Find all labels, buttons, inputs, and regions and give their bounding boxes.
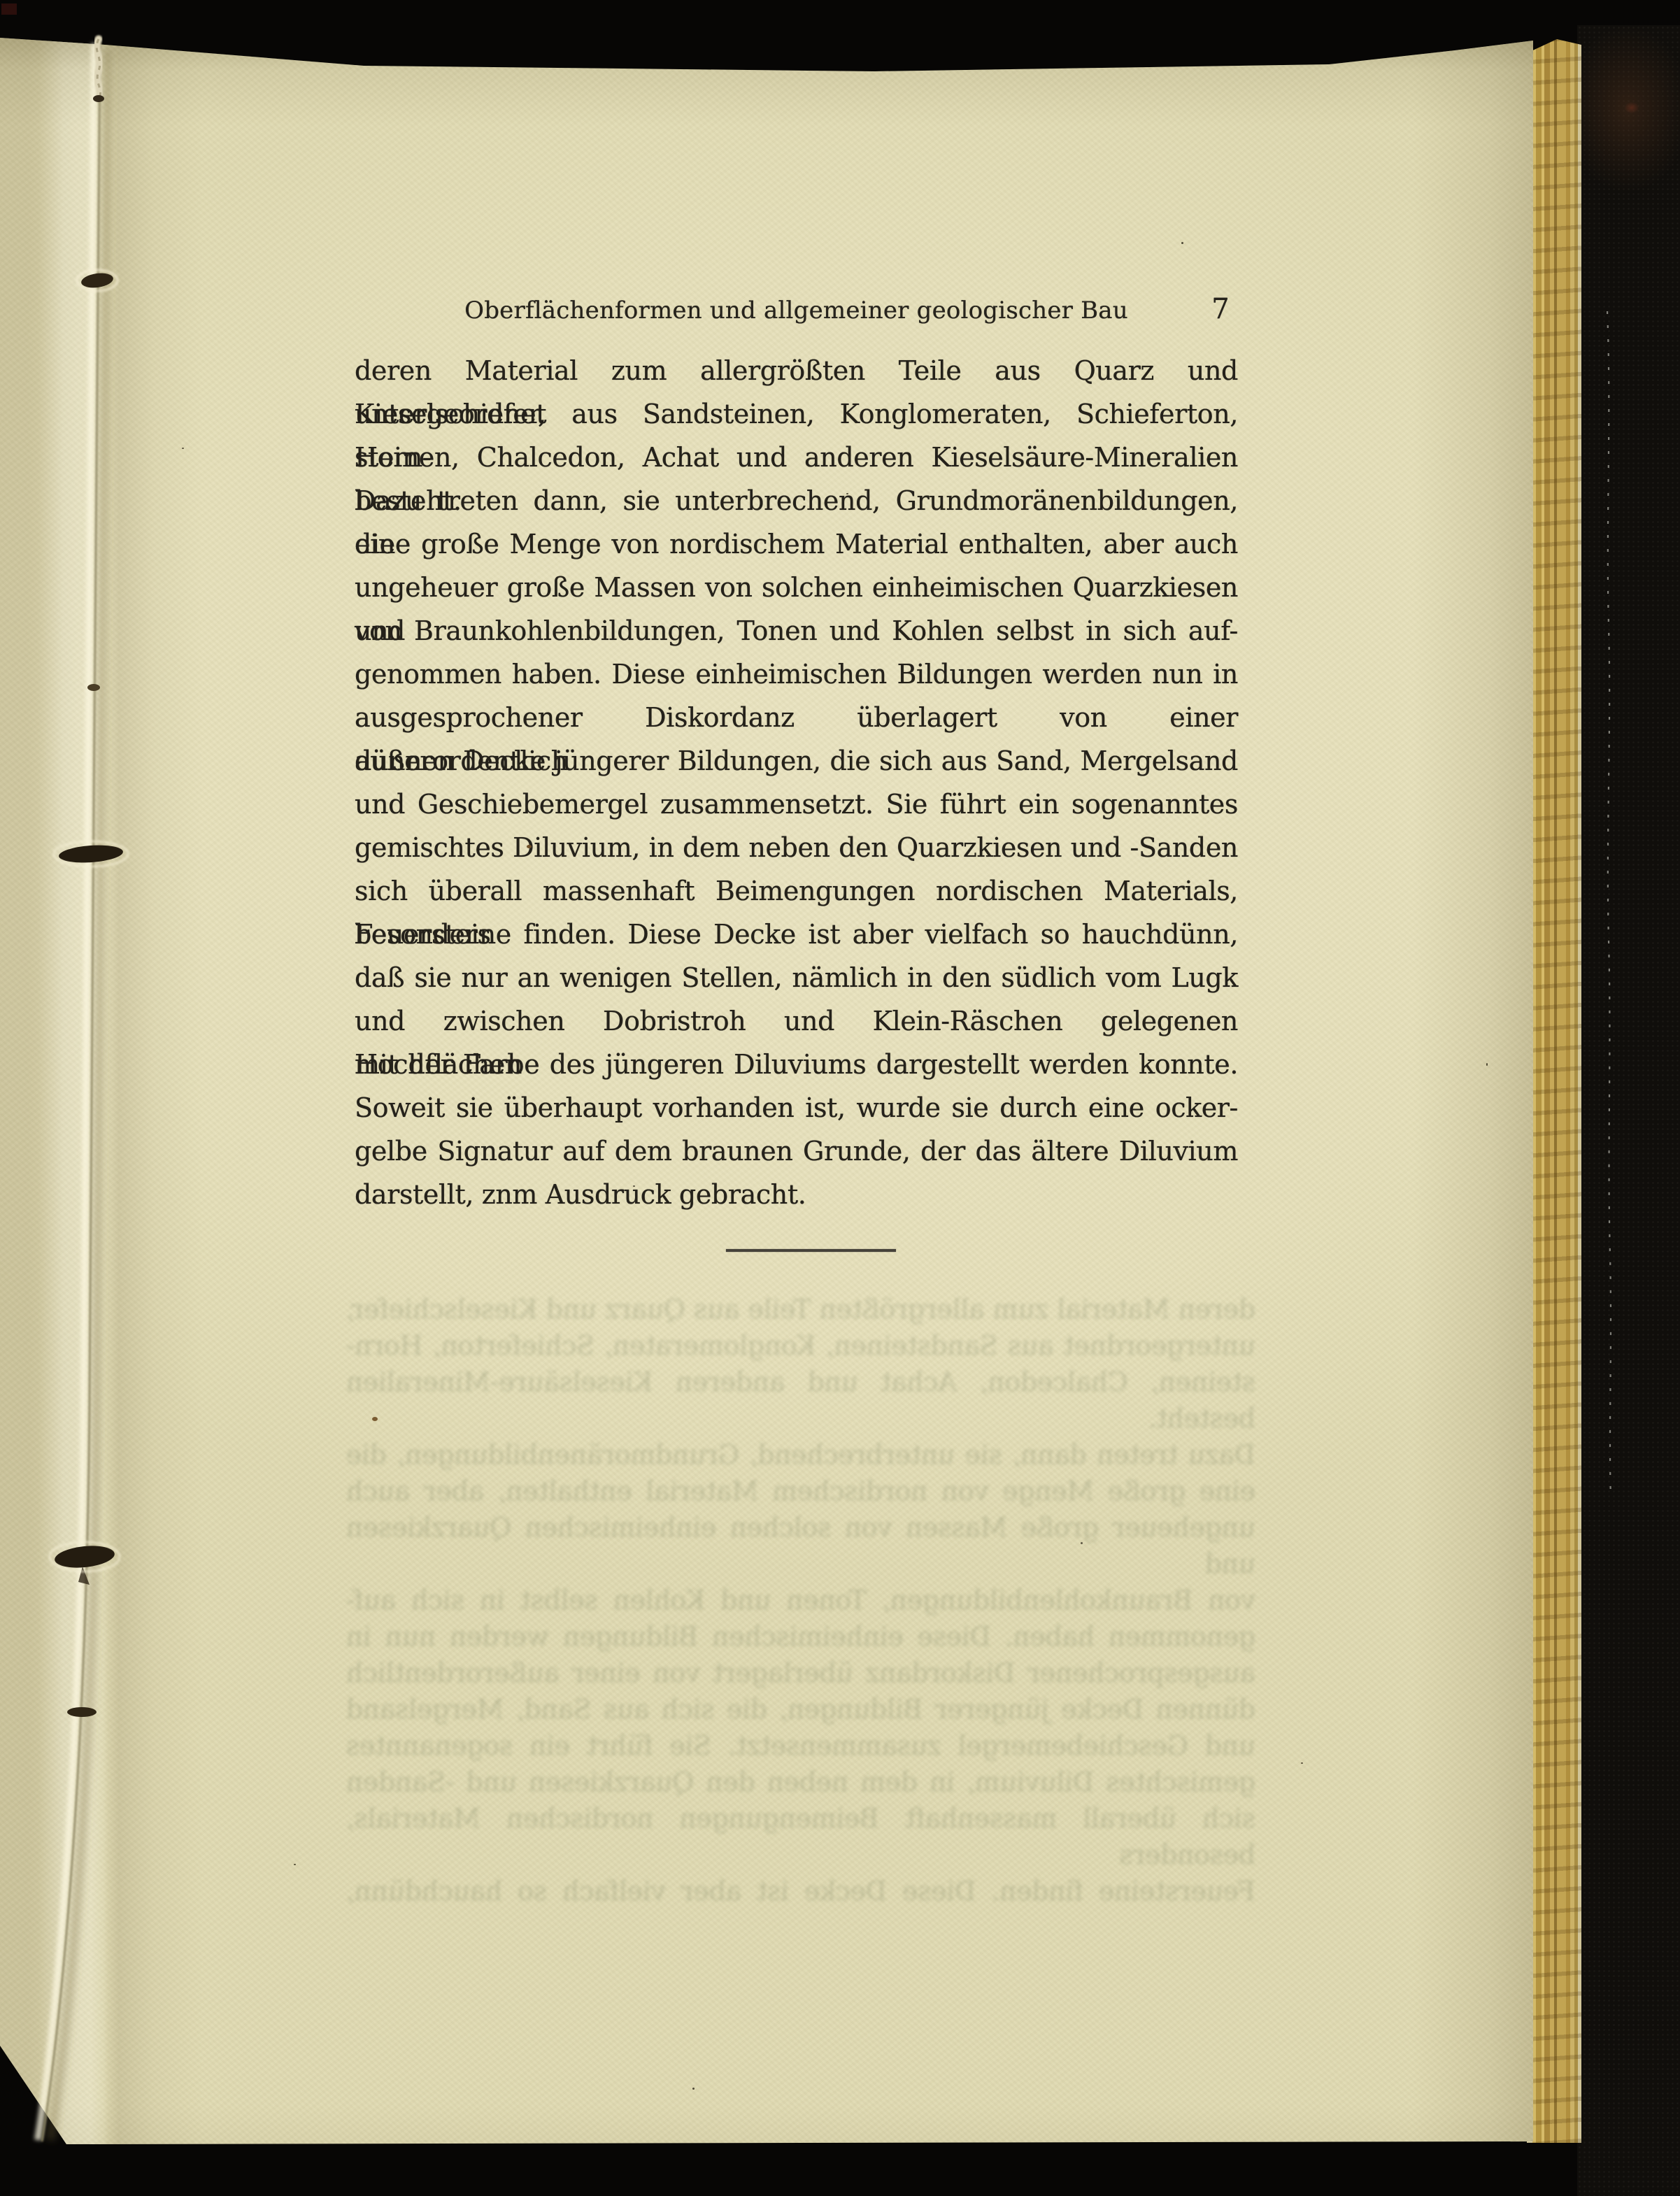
text-line: genommen haben. Diese einheimischen Bild…: [355, 653, 1238, 696]
text-line: eine große Menge von nordischem Material…: [355, 522, 1238, 566]
text-line: darstellt, znm Ausdruck gebracht.: [355, 1173, 1238, 1216]
text-line: daß sie nur an wenigen Stellen, nämlich …: [355, 956, 1238, 999]
text-line: und Geschiebemergel zusammensetzt. Sie f…: [355, 783, 1238, 826]
text-line: ungeheuer große Massen von solchen einhe…: [355, 566, 1238, 609]
text-line: dünnen Decke jüngerer Bildungen, die sic…: [355, 739, 1238, 783]
text-line: gelbe Signatur auf dem braunen Grunde, d…: [355, 1129, 1238, 1173]
page-number: 7: [1189, 293, 1252, 325]
body-paragraph: deren Material zum allergrößten Teile au…: [355, 349, 1238, 1216]
paper-speck: [372, 1417, 378, 1421]
paper-speck: [527, 845, 532, 848]
paper-speck: [1486, 1063, 1488, 1066]
paper-speck: [692, 2088, 695, 2090]
book-scan: deren Material zum allergrößten Teile au…: [0, 0, 1680, 2196]
paper-speck: [633, 1185, 635, 1187]
paper-speck: [294, 1864, 296, 1865]
text-line: deren Material zum allergrößten Teile au…: [355, 349, 1238, 392]
text-line: mit der Farbe des jüngeren Diluviums dar…: [355, 1043, 1238, 1086]
paper-speck: [846, 493, 848, 494]
section-rule: [726, 1249, 896, 1252]
text-line: und zwischen Dobristroh und Klein-Räsche…: [355, 999, 1238, 1043]
text-line: gemischtes Diluvium, in dem neben den Qu…: [355, 826, 1238, 869]
text-line: Dazu treten dann, sie unterbrechend, Gru…: [355, 479, 1238, 522]
paper-speck: [1301, 1762, 1303, 1764]
text-line: sich überall massenhaft Beimengungen nor…: [355, 869, 1238, 913]
paper-speck: [1181, 242, 1183, 244]
paper-speck: [1081, 1542, 1083, 1544]
text-line: ausgesprochener Diskordanz überlagert vo…: [355, 696, 1238, 739]
running-header: Oberflächenformen und allgemeiner geolog…: [355, 297, 1238, 325]
text-line: Feuersteine finden. Diese Decke ist aber…: [355, 913, 1238, 956]
text-line: untergeordnet aus Sandsteinen, Konglomer…: [355, 392, 1238, 436]
text-line: von Braunkohlenbildungen, Tonen und Kohl…: [355, 609, 1238, 653]
text-line: steinen, Chalcedon, Achat und anderen Ki…: [355, 436, 1238, 479]
text-line: Soweit sie überhaupt vorhanden ist, wurd…: [355, 1086, 1238, 1129]
paper-speck: [182, 448, 184, 449]
text-layer: Oberflächenformen und allgemeiner geolog…: [0, 0, 1680, 2196]
